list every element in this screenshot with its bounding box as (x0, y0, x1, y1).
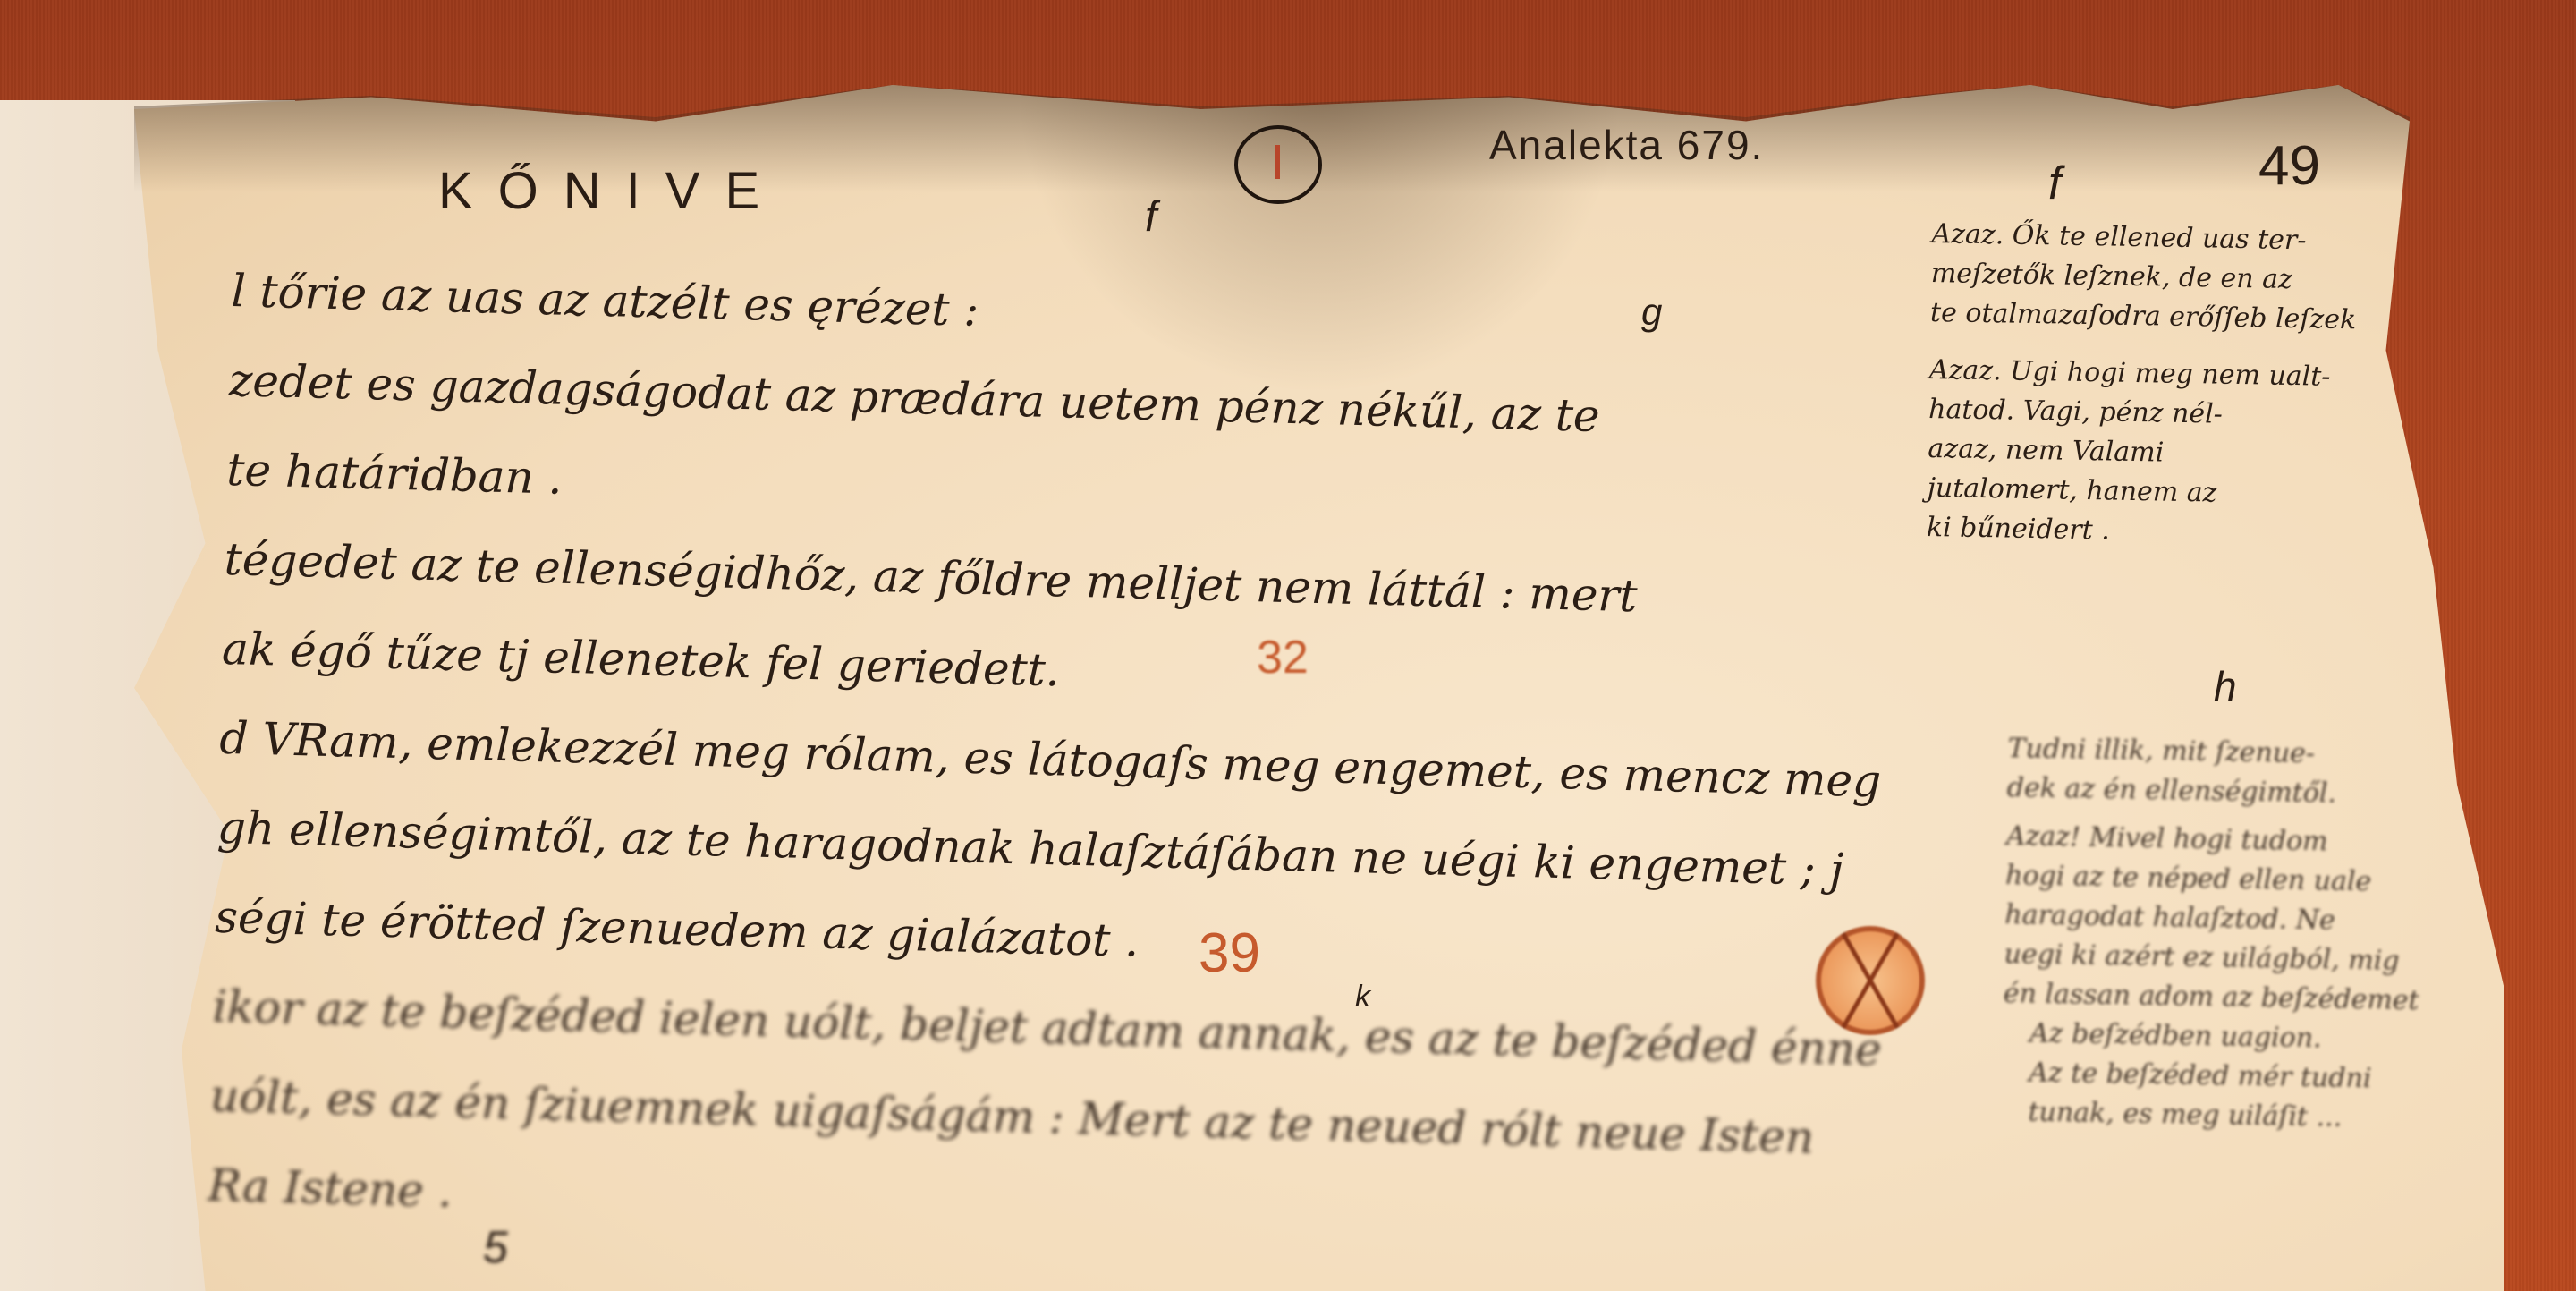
footnote-mark-f-margin: f (2048, 157, 2061, 210)
title-word: KŐNIVE (438, 161, 784, 221)
catalog-note: Analekta 679. (1489, 121, 1764, 169)
margin-line: Az te beſzéded mér tudni (2029, 1053, 2419, 1100)
margin-line: te otalmazaſodra erőſſeb leſzek (1930, 293, 2357, 340)
margin-notes-top: Azaz. Ők te ellened uas ter- meſzetők le… (1927, 215, 2359, 555)
main-text-block: l tőrie az uas az atzélt es ęrézet : zed… (207, 246, 2003, 1276)
margin-line: ki bűneidert . (1927, 508, 2353, 555)
margin-line: Az beſzédben uagion. (2029, 1014, 2419, 1060)
margin-line: dek az én ellenségimtől. (2006, 769, 2423, 815)
circled-mark (1234, 125, 1322, 204)
margin-line: tunak, es meg uiláſit ... (2028, 1092, 2418, 1139)
footnote-mark-h: h (2214, 662, 2237, 710)
page-number: 49 (2258, 134, 2320, 198)
margin-notes-bottom: Tudni illik, mit ſzenue- dek az én ellen… (2001, 729, 2424, 1139)
footnote-mark-f: f (1145, 192, 1157, 242)
